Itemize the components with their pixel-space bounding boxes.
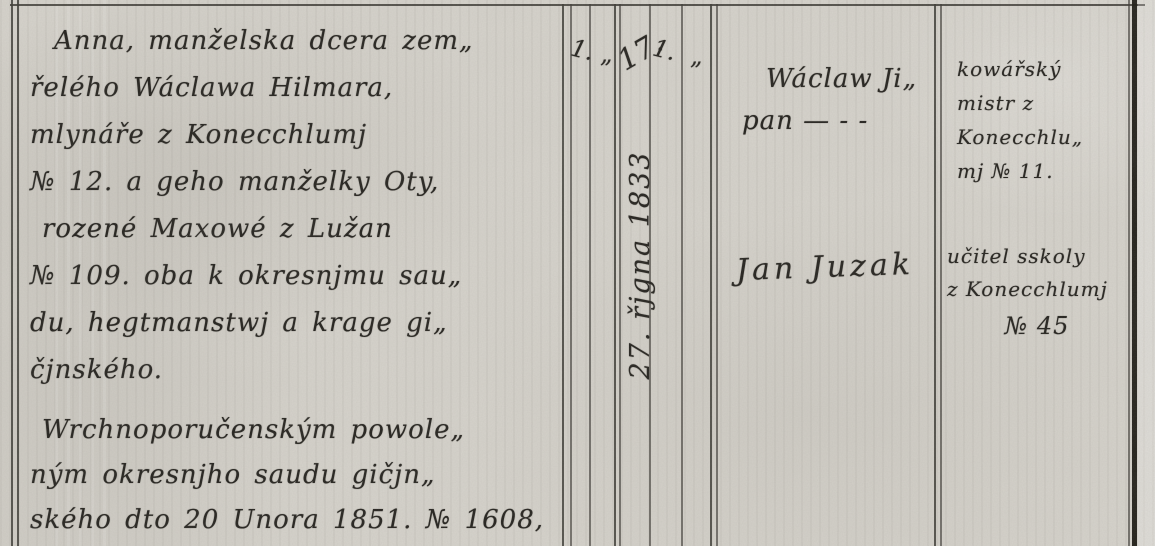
witness-2-occupation: učitel sskoly z Konecchlumj № 45 [947,240,1127,343]
birth-date-rotated: 27. řjgna 1833 [625,80,659,450]
column-rule [589,4,591,546]
page-right-margin [1138,0,1155,546]
witness-1-occupation: kowářský mistr z Konecchlu„ mj № 11. [957,52,1132,188]
register-scan-page: Anna, manželska dcera zem„ řelého Wáclaw… [0,0,1155,546]
column-rule [681,4,683,546]
witness-signature-2: Jan Juzak [735,247,914,288]
witness-1-name-line-2: pan — - - [742,100,932,142]
entry-text-line: № 109. oba k okresnjmu sau„ [30,253,560,300]
entry-main-text: Anna, manželska dcera zem„ řelého Wáclaw… [30,18,560,543]
top-rule [10,4,1145,6]
left-border-rule-outer [11,0,13,546]
entry-text-line: № 12. a geho manželky Oty, [30,159,560,206]
column-rule [614,4,616,546]
entry-text-line: Anna, manželska dcera zem„ [30,18,560,65]
column-mark-1: 1. [568,34,597,67]
entry-text-line: du, hegtmanstwj a krage gi„ [30,300,560,347]
occupation-line: kowářský [957,52,1132,86]
column-rule [619,4,621,546]
occupation-line: mj № 11. [957,154,1132,188]
entry-text-line: rozené Maxowé z Lužan [30,206,560,253]
occupation-line: mistr z [957,86,1132,120]
entry-text-line: ského dto 20 Unora 1851. № 1608, [30,498,560,543]
occupation-line: Konecchlu„ [957,120,1132,154]
entry-text-line: řelého Wáclawa Hilmara, [30,65,560,112]
left-border-rule-inner [17,0,19,546]
entry-text-line: ným okresnjho saudu gičjn„ [30,453,560,498]
occupation-line: z Konecchlumj [947,273,1127,306]
entry-text-line: čjnského. [30,347,560,394]
column-rule [562,4,564,546]
entry-paragraph-1: Anna, manželska dcera zem„ řelého Wáclaw… [30,18,560,394]
entry-paragraph-2: Wrchnoporučenským powole„ ným okresnjho … [30,408,560,543]
witness-signature-1: Wáclaw Ji„ pan — - - [742,58,932,142]
column-mark-4: 1. [650,34,679,67]
column-rule [710,4,712,546]
right-border-rule-outer [1132,0,1137,546]
column-rule [570,4,572,546]
column-mark-2: „ [600,40,612,68]
witness-1-name-line-1: Wáclaw Ji„ [742,58,932,100]
entry-text-line: mlynáře z Konecchlumj [30,112,560,159]
column-rule [716,4,718,546]
column-mark-5: „ [690,42,702,70]
column-rule [940,4,942,546]
entry-text-line: Wrchnoporučenským powole„ [30,408,560,453]
column-rule [934,4,936,546]
occupation-house-number: № 45 [947,306,1127,343]
occupation-line: učitel sskoly [947,240,1127,273]
